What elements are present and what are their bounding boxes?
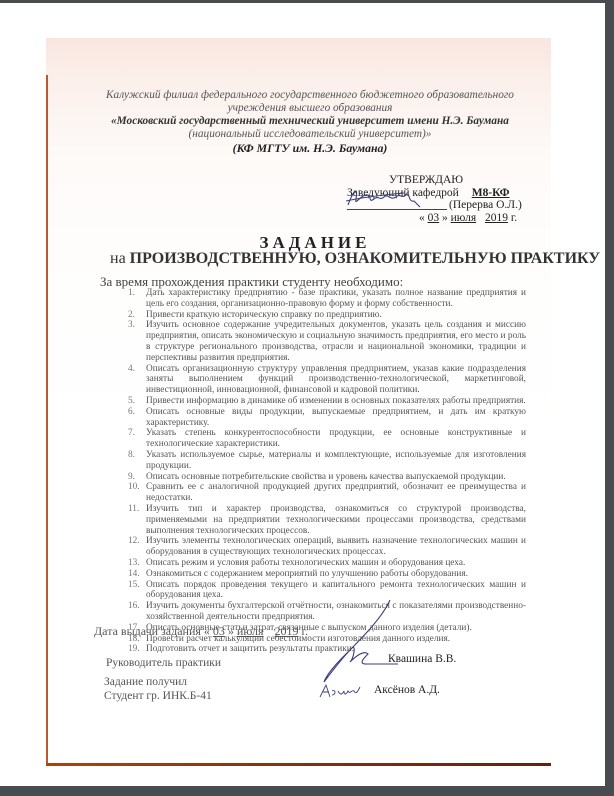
task-number: 15. — [128, 580, 146, 602]
task-item: 8.Указать используемое сырье, материалы … — [128, 450, 526, 472]
task-item: 10.Сравнить ее с аналогичной продукцией … — [128, 482, 526, 504]
task-text: Сравнить ее с аналогичной продукцией дру… — [146, 482, 526, 504]
task-text: Изучить тип и характер производства, озн… — [146, 504, 526, 536]
approval-name: (Перерва О.Л.) — [449, 199, 522, 211]
issue-date: Дата выдачи задания « 03 » июля 2019 г. — [94, 624, 308, 639]
task-number: 1. — [128, 288, 146, 310]
task-item: 5.Привести информацию в динамике об изме… — [128, 396, 526, 407]
approval-date-month: июля — [451, 212, 477, 224]
task-text: Указать степень конкурентоспособности пр… — [146, 428, 526, 450]
task-text: Дать характеристику предприятию - базе п… — [146, 288, 526, 310]
subtitle-main: ПРОИЗВОДСТВЕННУЮ, ОЗНАКОМИТЕЛЬНУЮ ПРАКТИ… — [130, 250, 600, 267]
issue-date-label: Дата выдачи задания « — [94, 624, 210, 638]
task-number: 2. — [128, 310, 146, 321]
supervisor-label: Руководитель практики — [106, 657, 221, 669]
header-line-3: «Московский государственный технический … — [100, 115, 520, 127]
task-text: Описать основные виды продукции, выпуска… — [146, 407, 526, 429]
header-line-4: (национальный исследовательский универси… — [100, 128, 520, 140]
student-signature-icon — [318, 681, 362, 701]
task-number: 10. — [128, 482, 146, 504]
task-text: Ознакомиться с содержанием мероприятий п… — [146, 569, 526, 580]
task-text: Указать используемое сырье, материалы и … — [146, 450, 526, 472]
student-group: Студент гр. ИНК.Б-41 — [104, 690, 212, 702]
task-number: 5. — [128, 396, 146, 407]
date-suffix: г. — [511, 212, 517, 224]
task-number: 14. — [128, 569, 146, 580]
task-text: Изучить элементы технологических операци… — [146, 536, 526, 558]
task-text: Привести информацию в динамике об измене… — [146, 396, 526, 407]
task-number: 4. — [128, 364, 146, 396]
supervisor-signature-icon — [312, 598, 402, 688]
task-number: 7. — [128, 428, 146, 450]
task-number: 19. — [128, 644, 146, 655]
header-line-5: (КФ МГТУ им. Н.Э. Баумана) — [100, 141, 520, 156]
task-text: Описать основные потребительские свойств… — [146, 472, 526, 483]
task-number: 13. — [128, 558, 146, 569]
issue-date-year: 2019 — [267, 624, 299, 638]
task-item: 2.Привести краткую историческую справку … — [128, 310, 526, 321]
date-open-quote: « — [419, 212, 425, 224]
issue-date-close: » — [228, 624, 234, 638]
task-item: 4.Описать организационную структуру упра… — [128, 364, 526, 396]
issue-date-suffix: г. — [302, 624, 309, 638]
task-text: Описать режим и условия работы технологи… — [146, 558, 526, 569]
approval-department: М8-КФ — [462, 187, 518, 199]
task-number: 11. — [128, 504, 146, 536]
issue-date-day: 03 — [213, 624, 225, 638]
task-text: Изучить основное содержание учредительны… — [146, 320, 526, 363]
student-label: Задание получил — [104, 676, 187, 688]
approval-date-day: 03 — [428, 212, 440, 224]
task-item: 3.Изучить основное содержание учредитель… — [128, 320, 526, 363]
task-number: 3. — [128, 320, 146, 363]
header-line-2: учреждения высшего образования — [100, 102, 520, 114]
head-of-department-signature-icon — [344, 185, 424, 213]
task-item: 7.Указать степень конкурентоспособности … — [128, 428, 526, 450]
task-item: 6.Описать основные виды продукции, выпус… — [128, 407, 526, 429]
task-number: 6. — [128, 407, 146, 429]
task-item: 1.Дать характеристику предприятию - базе… — [128, 288, 526, 310]
subtitle-prefix: на — [110, 250, 126, 267]
scan-bottom-edge — [46, 763, 551, 766]
task-number: 12. — [128, 536, 146, 558]
task-number: 16. — [128, 601, 146, 623]
approval-date-year: 2019 — [479, 212, 508, 224]
task-number: 9. — [128, 472, 146, 483]
task-item: 14.Ознакомиться с содержанием мероприяти… — [128, 569, 526, 580]
task-item: 9.Описать основные потребительские свойс… — [128, 472, 526, 483]
header-line-1: Калужский филиал федерального государств… — [100, 89, 520, 101]
task-item: 13.Описать режим и условия работы технол… — [128, 558, 526, 569]
task-text: Привести краткую историческую справку по… — [146, 310, 526, 321]
date-close-quote: » — [442, 212, 448, 224]
task-number: 8. — [128, 450, 146, 472]
scan-left-edge — [46, 75, 48, 765]
issue-date-month: июля — [237, 624, 264, 638]
task-item: 11.Изучить тип и характер производства, … — [128, 504, 526, 536]
task-text: Описать организационную структуру управл… — [146, 364, 526, 396]
task-item: 12.Изучить элементы технологических опер… — [128, 536, 526, 558]
